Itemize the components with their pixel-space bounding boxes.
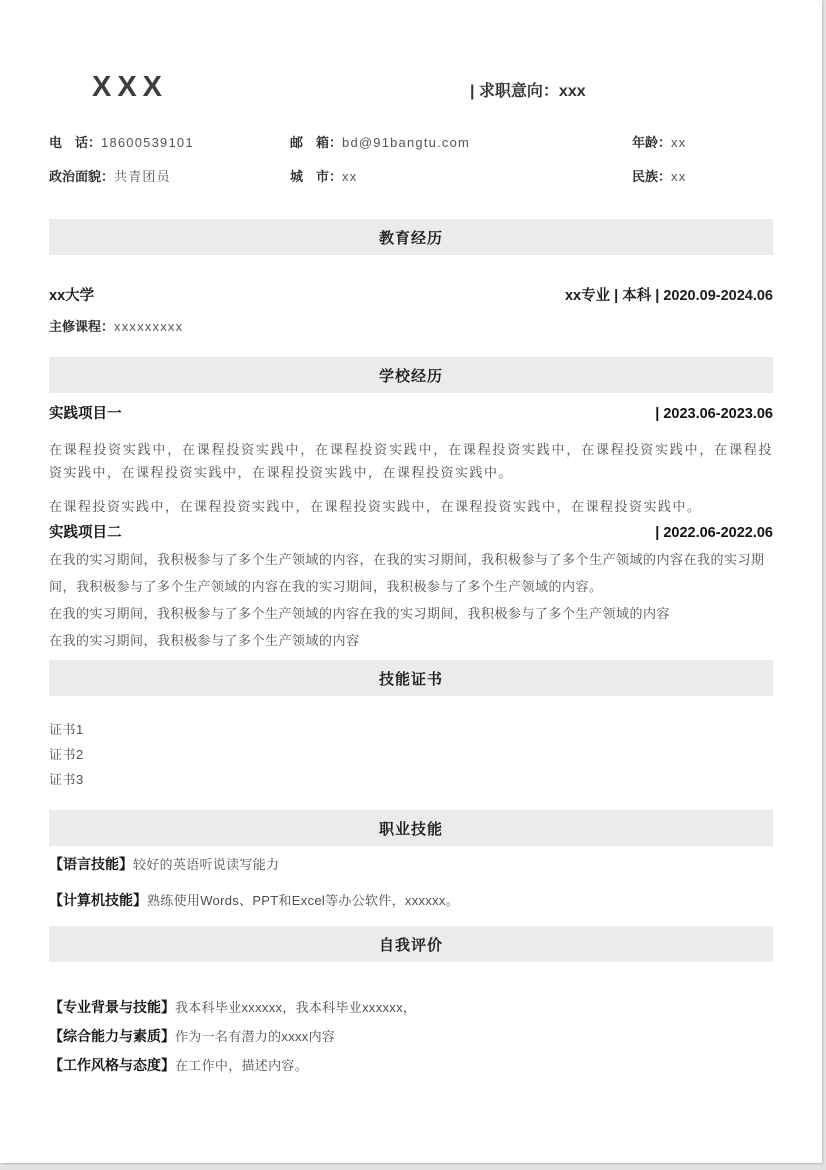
candidate-name: XXX <box>92 70 773 104</box>
section-header-school-experience: 学校经历 <box>49 357 773 393</box>
section-header-certificates: 技能证书 <box>49 660 773 696</box>
project-1-date: | 2023.06-2023.06 <box>655 406 773 422</box>
job-intention: | 求职意向：xxx <box>470 78 586 101</box>
contact-phone: 电 话：18600539101 <box>49 134 290 152</box>
self-evaluation-item-label: 【工作风格与态度】 <box>49 1057 175 1073</box>
skill-computer-text: 熟练使用Words、PPT和Excel等办公软件，xxxxxx。 <box>147 893 459 908</box>
project-1-paragraph: 在课程投资实践中，在课程投资实践中，在课程投资实践中，在课程投资实践中，在课程投… <box>49 438 773 484</box>
contact-age-label: 年龄： <box>632 135 671 150</box>
contact-political-status-label: 政治面貌： <box>49 169 114 184</box>
self-evaluation-item: 【专业背景与技能】我本科毕业xxxxxx，我本科毕业xxxxxx， <box>49 993 773 1022</box>
self-evaluation-item-text: 在工作中，描述内容。 <box>175 1058 308 1073</box>
contact-ethnicity-label: 民族： <box>632 169 671 184</box>
skill-language-text: 较好的英语听说读写能力 <box>133 857 279 872</box>
certificate-item: 证书1 <box>49 717 773 742</box>
contact-city-label: 城 市： <box>290 169 342 184</box>
education-detail: xx专业 | 本科 | 2020.09-2024.06 <box>565 284 773 305</box>
project-2-header: 实践项目二 | 2022.06-2022.06 <box>49 521 773 542</box>
contact-ethnicity-value: xx <box>671 169 686 184</box>
section-header-self-evaluation: 自我评价 <box>49 926 773 962</box>
certificate-item: 证书2 <box>49 742 773 767</box>
resume-page: XXX | 求职意向：xxx 电 话：18600539101 邮 箱：bd@91… <box>0 0 822 1163</box>
project-2-paragraph: 在我的实习期间，我积极参与了多个生产领域的内容在我的实习期间，我积极参与了多个生… <box>49 600 773 627</box>
section-header-skills: 职业技能 <box>49 810 773 846</box>
contact-age-value: xx <box>671 135 686 150</box>
self-evaluation-item: 【工作风格与态度】在工作中，描述内容。 <box>49 1051 773 1080</box>
project-2-paragraph: 在我的实习期间，我积极参与了多个生产领域的内容 <box>49 627 773 654</box>
self-evaluation-item-label: 【综合能力与素质】 <box>49 1028 175 1044</box>
contact-political-status-value: 共青团员 <box>114 169 171 184</box>
self-evaluation-item-text: 作为一名有潜力的xxxx内容 <box>175 1029 335 1044</box>
contact-info: 电 话：18600539101 邮 箱：bd@91bangtu.com 年龄：x… <box>49 134 773 186</box>
section-header-education: 教育经历 <box>49 219 773 255</box>
contact-age: 年龄：xx <box>632 134 773 152</box>
self-evaluation-item-text: 我本科毕业xxxxxx，我本科毕业xxxxxx， <box>175 1000 416 1015</box>
project-2-title: 实践项目二 <box>49 521 122 542</box>
contact-city-value: xx <box>342 169 357 184</box>
project-1-title: 实践项目一 <box>49 402 122 423</box>
education-entry: xx大学 xx专业 | 本科 | 2020.09-2024.06 <box>49 284 773 305</box>
self-evaluation-item-label: 【专业背景与技能】 <box>49 999 175 1015</box>
contact-phone-label: 电 话： <box>49 135 101 150</box>
contact-political-status: 政治面貌：共青团员 <box>49 168 290 186</box>
self-evaluation-item: 【综合能力与素质】作为一名有潜力的xxxx内容 <box>49 1022 773 1051</box>
project-1-header: 实践项目一 | 2023.06-2023.06 <box>49 402 773 423</box>
education-courses: 主修课程：xxxxxxxxx <box>49 318 773 336</box>
project-2-date: | 2022.06-2022.06 <box>655 525 773 541</box>
contact-city: 城 市：xx <box>290 168 632 186</box>
contact-email-value: bd@91bangtu.com <box>342 135 470 150</box>
project-2-paragraph: 在我的实习期间，我积极参与了多个生产领域的内容，在我的实习期间，我积极参与了多个… <box>49 546 773 600</box>
education-courses-value: xxxxxxxxx <box>114 319 183 334</box>
education-school: xx大学 <box>49 284 94 305</box>
skill-language-label: 【语言技能】 <box>49 856 133 872</box>
self-evaluation-list: 【专业背景与技能】我本科毕业xxxxxx，我本科毕业xxxxxx， 【综合能力与… <box>49 993 773 1080</box>
contact-email: 邮 箱：bd@91bangtu.com <box>290 134 632 152</box>
skill-computer: 【计算机技能】熟练使用Words、PPT和Excel等办公软件，xxxxxx。 <box>49 891 773 910</box>
certificate-list: 证书1 证书2 证书3 <box>49 717 773 792</box>
project-1-paragraph: 在课程投资实践中，在课程投资实践中，在课程投资实践中，在课程投资实践中，在课程投… <box>49 495 773 518</box>
skill-language: 【语言技能】较好的英语听说读写能力 <box>49 855 773 874</box>
certificate-item: 证书3 <box>49 767 773 792</box>
contact-phone-value: 18600539101 <box>101 135 194 150</box>
contact-email-label: 邮 箱： <box>290 135 342 150</box>
skill-computer-label: 【计算机技能】 <box>49 892 147 908</box>
resume-header: XXX | 求职意向：xxx <box>49 0 773 104</box>
education-courses-label: 主修课程： <box>49 319 114 334</box>
contact-ethnicity: 民族：xx <box>632 168 773 186</box>
